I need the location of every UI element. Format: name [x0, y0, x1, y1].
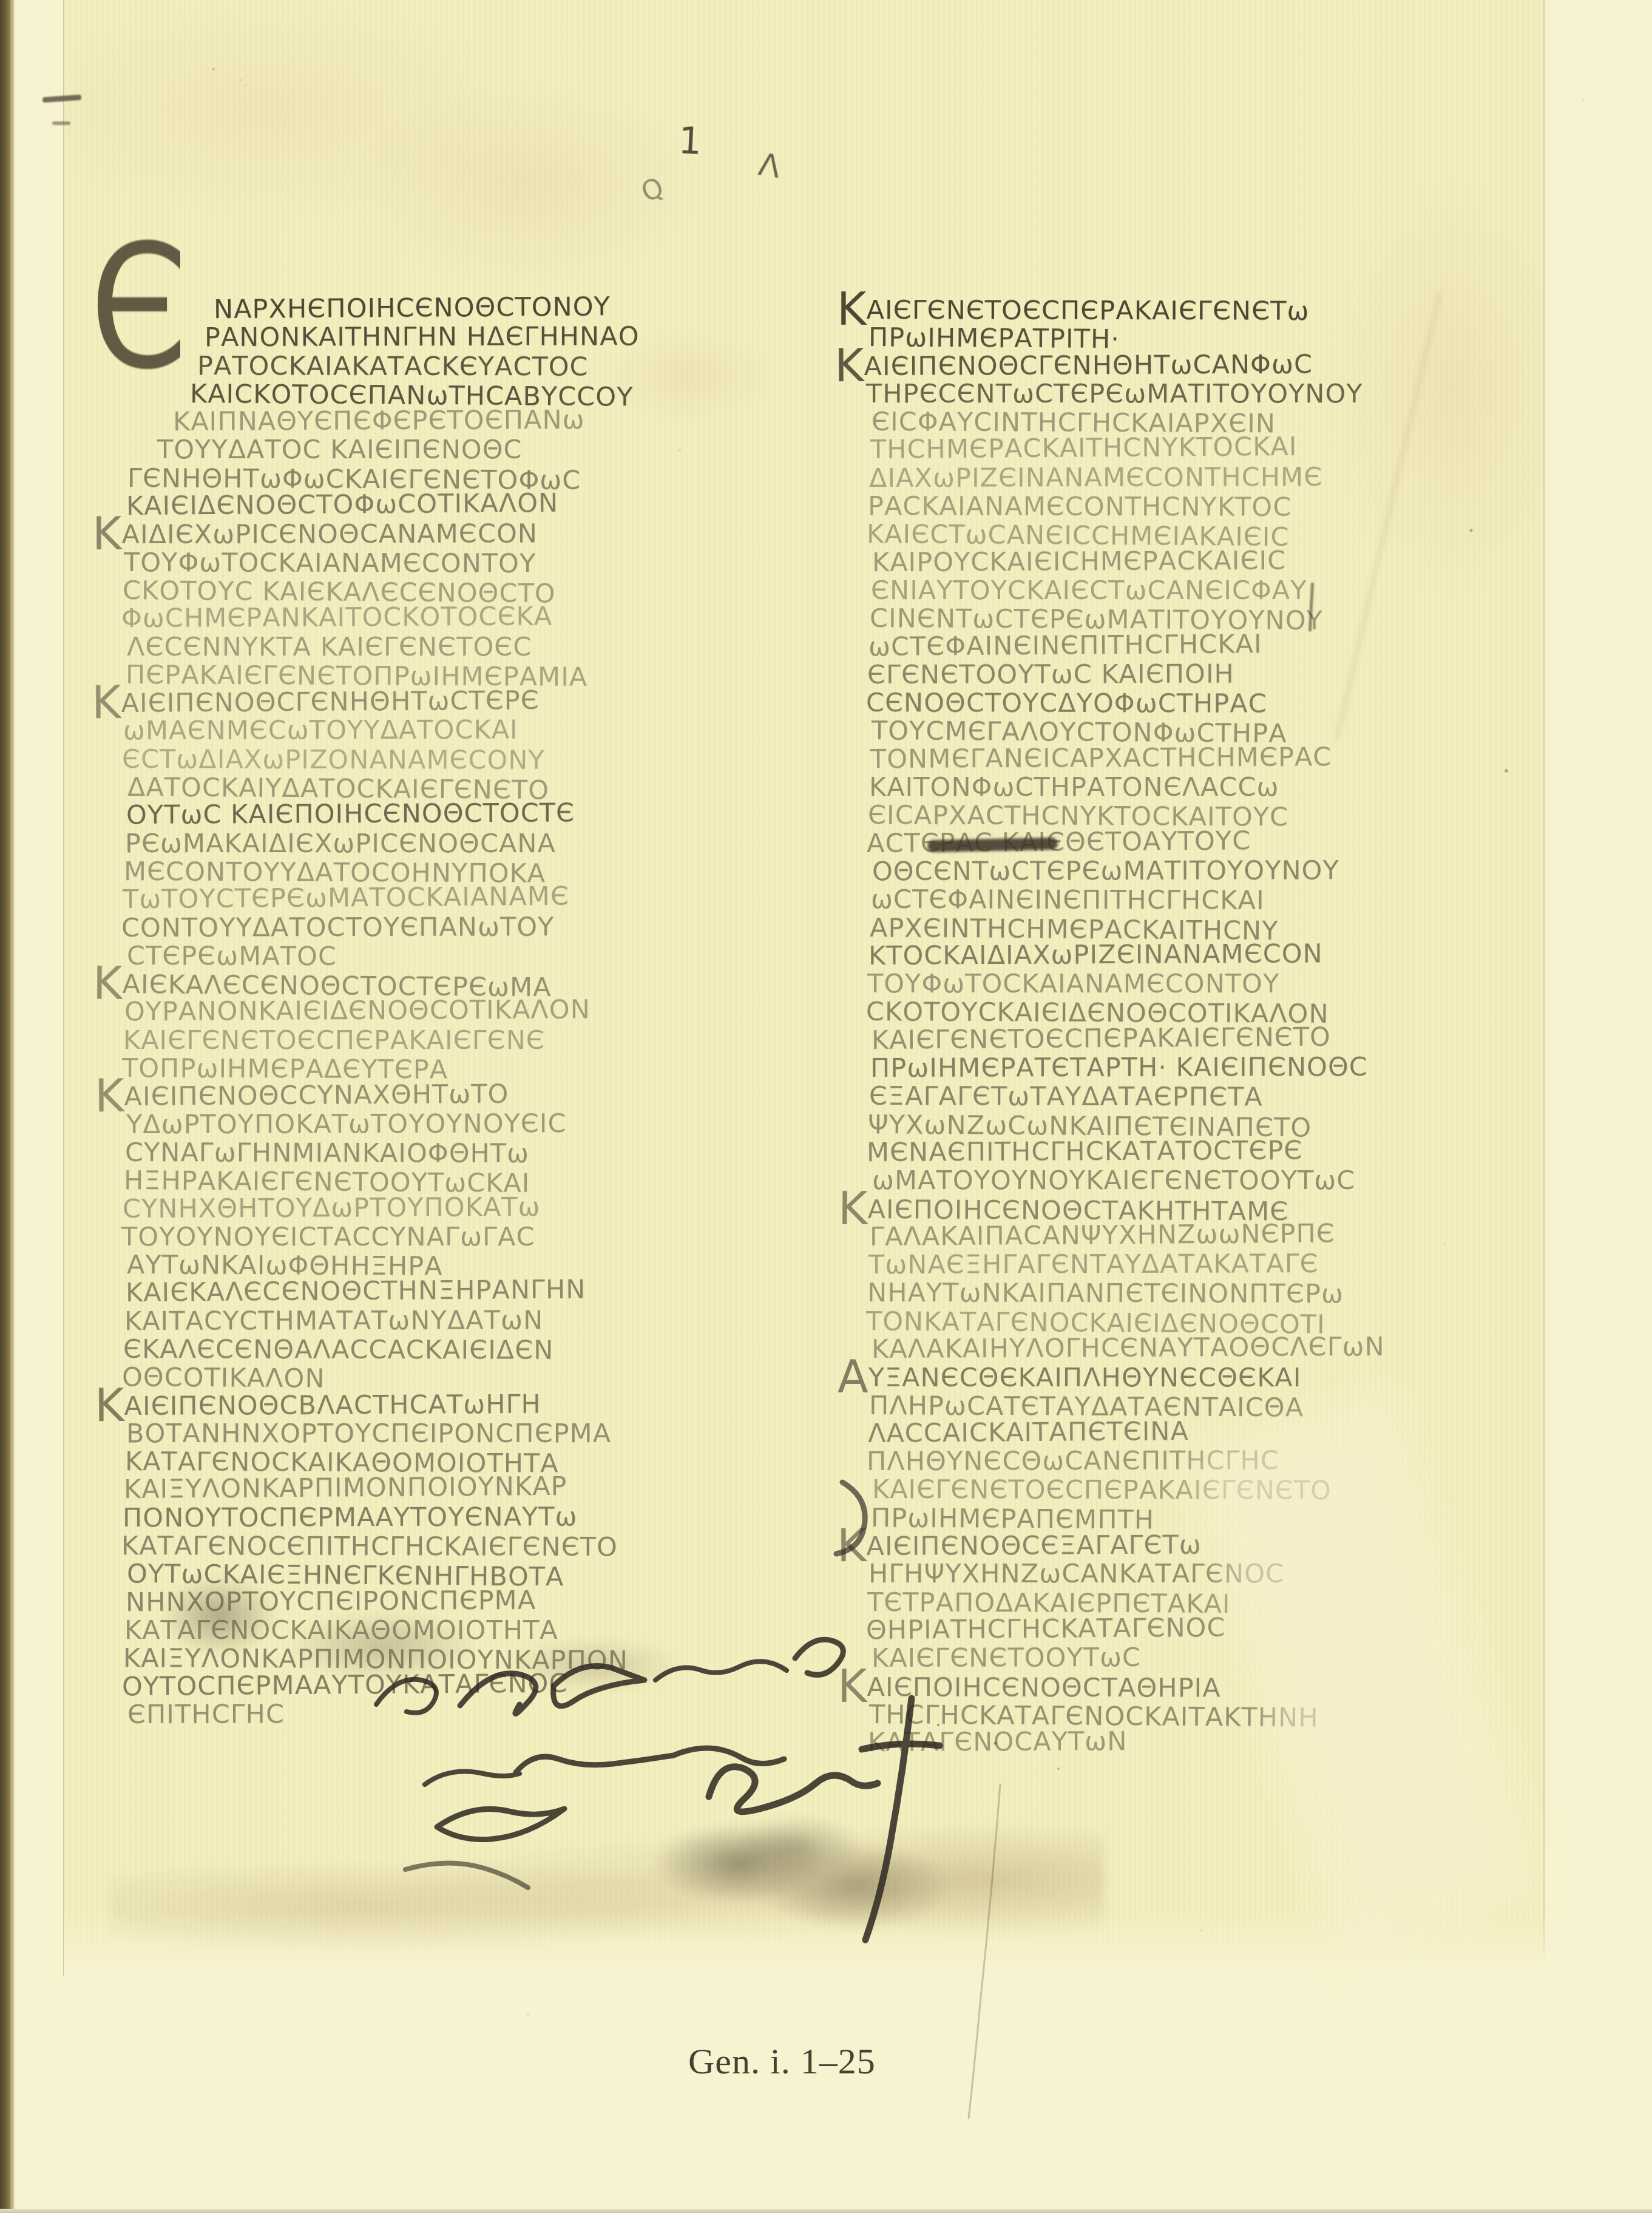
arabic-inscription — [316, 1445, 1044, 2143]
plate-caption: Gen. i. 1–25 — [688, 2041, 889, 2083]
page-bottom-edge — [0, 2209, 1652, 2213]
facsimile-plate: 1 Λ Q Є ΝΑΡΧΗЄΠΟΙΗCЄΝΟΘCΤΟΝΟΥΡΑΝΟΝΚΑΙΤΗΝ… — [0, 0, 1652, 2213]
